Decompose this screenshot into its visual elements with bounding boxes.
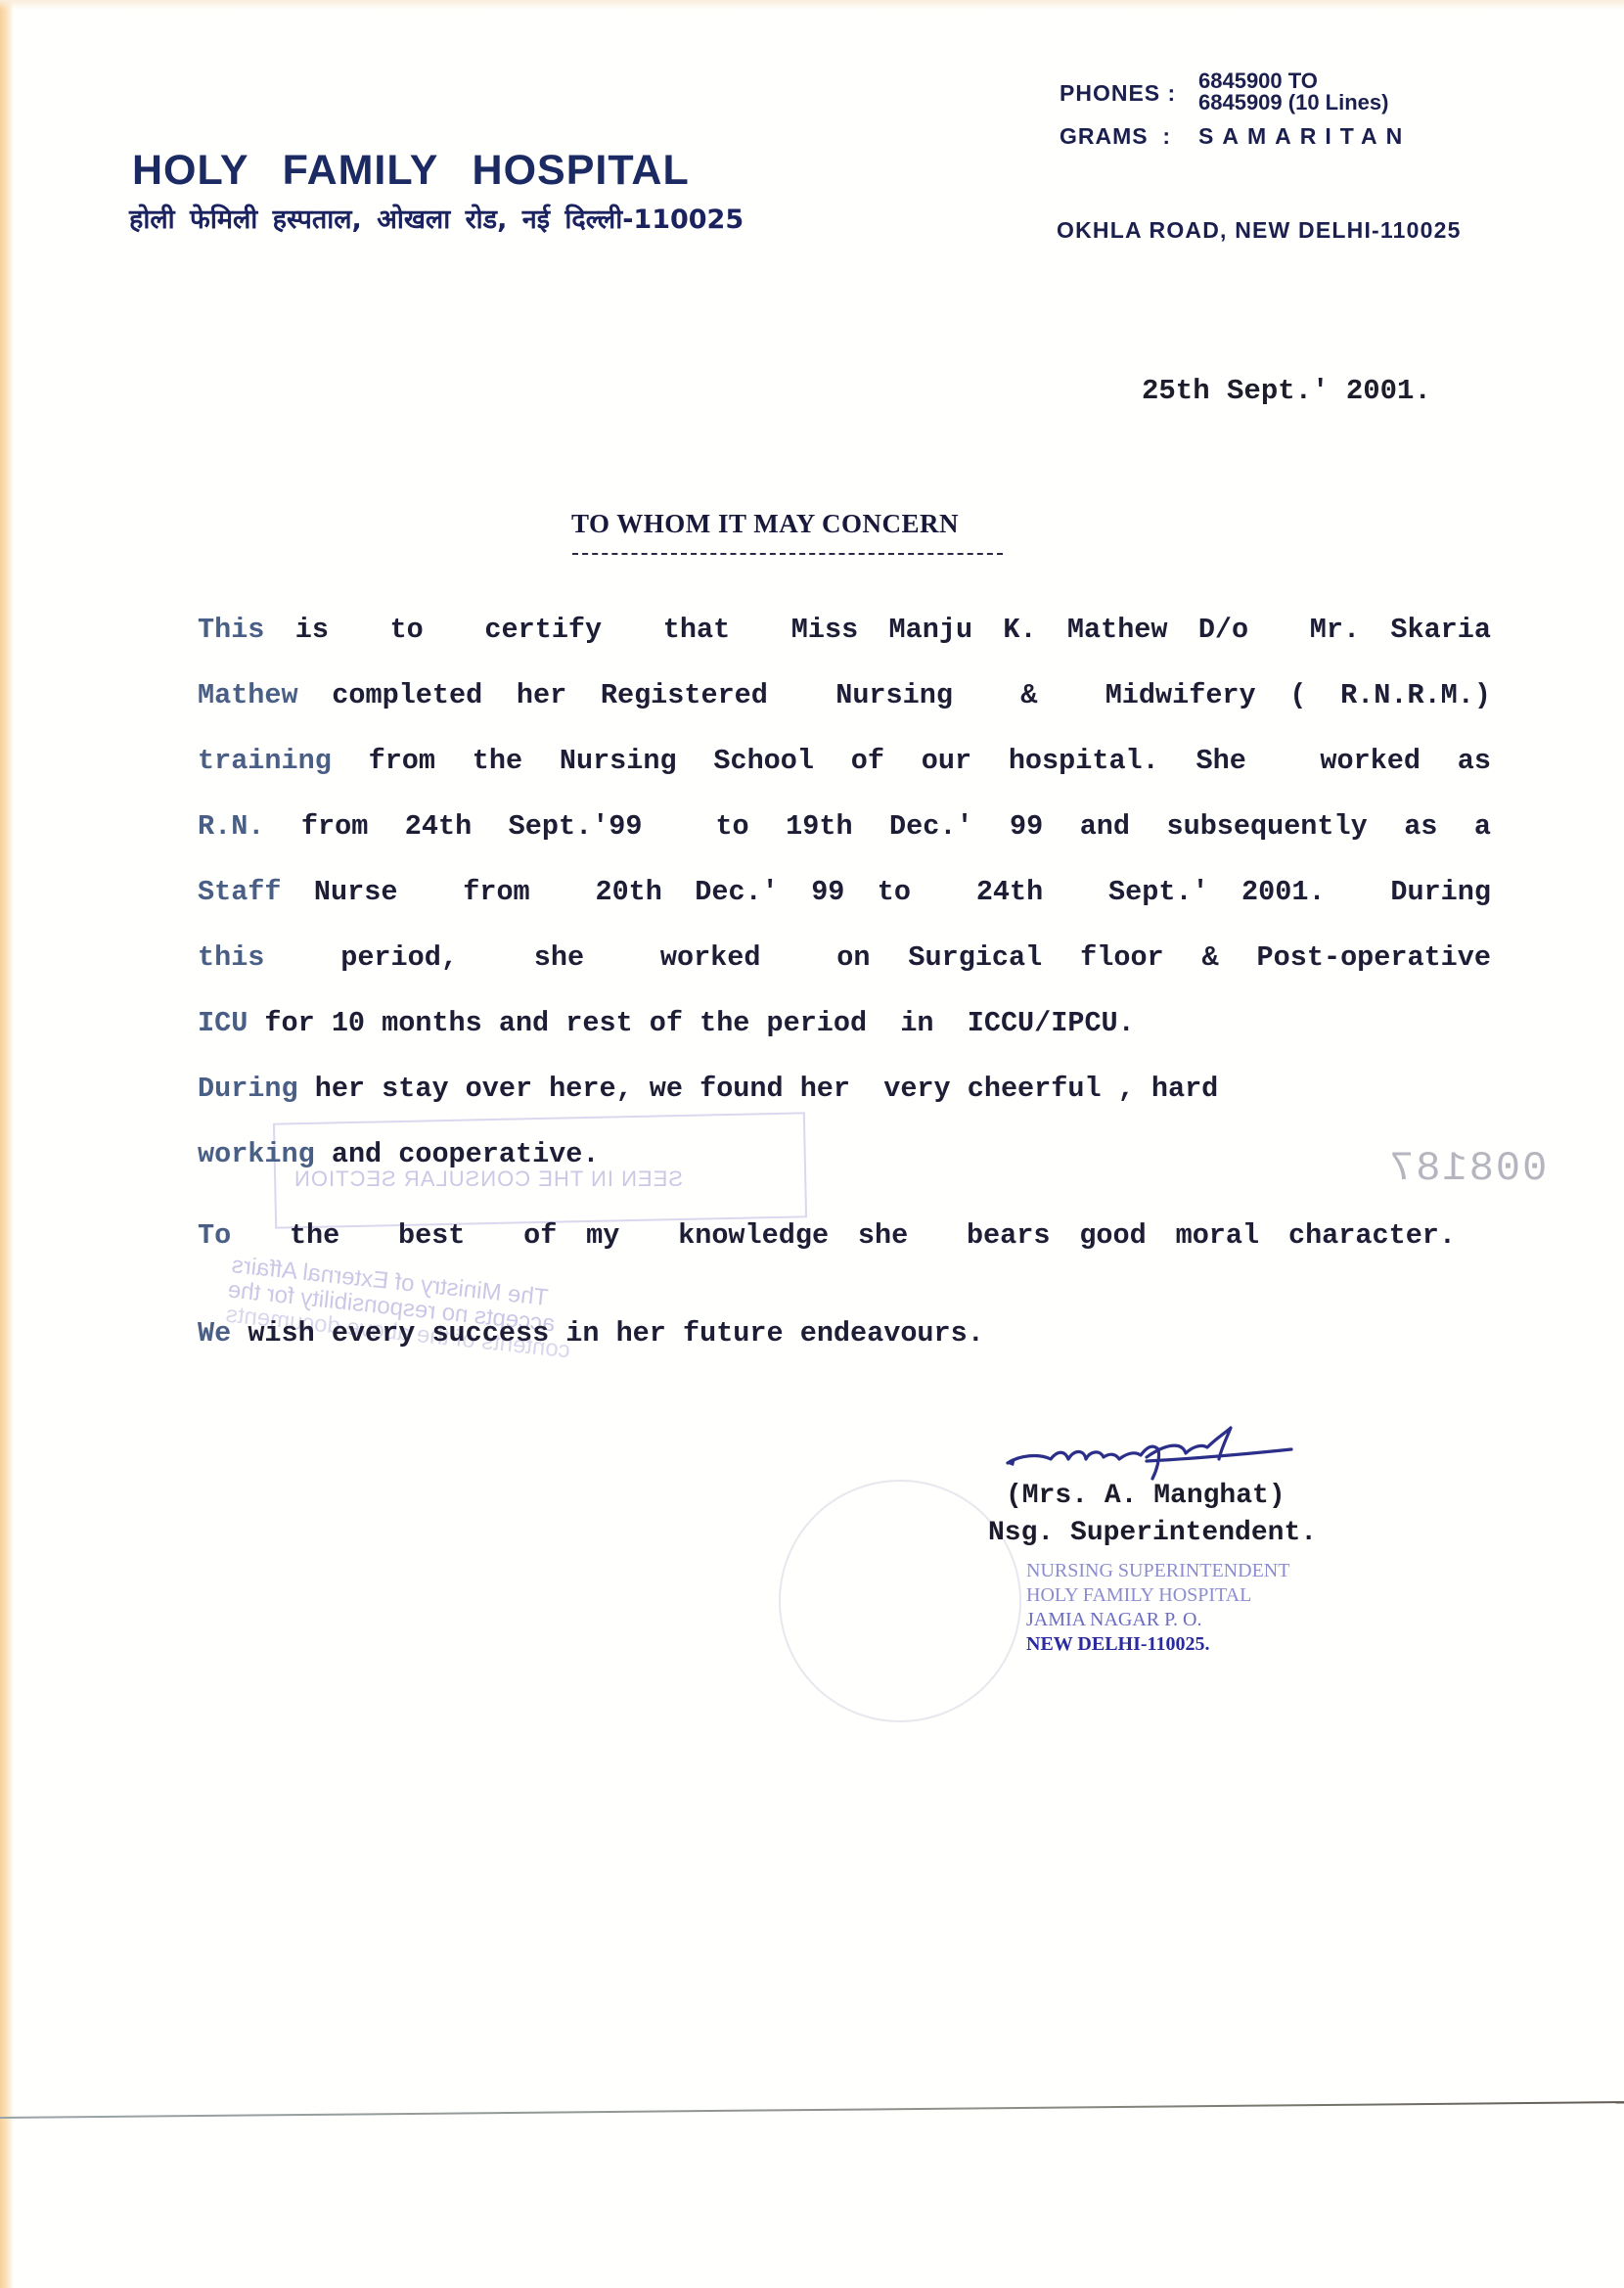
body-line-text: from the Nursing School of our hospital.…: [332, 745, 1491, 777]
stamp-line-4: NEW DELHI-110025.: [1026, 1632, 1289, 1657]
closing-text: the best of my knowledge she bears good …: [231, 1219, 1456, 1252]
paper-edge-top: [0, 0, 1624, 10]
body-line-first-word: Staff: [198, 876, 282, 908]
hospital-name-hindi: होली फेमिली हस्पताल, ओखला रोड, नई दिल्ली…: [129, 200, 744, 236]
phones-line-2: 6845909 (10 Lines): [1198, 92, 1388, 114]
body-line-text: for 10 months and rest of the period in …: [248, 1007, 1134, 1039]
body-line: R.N. from 24th Sept.'99 to 19th Dec.' 99…: [198, 794, 1491, 859]
stamp-line-2: HOLY FAMILY HOSPITAL: [1026, 1583, 1289, 1608]
contact-block: PHONES : 6845900 TO 6845909 (10 Lines) G…: [1060, 70, 1411, 150]
character-statement: To the best of my knowledge she bears go…: [198, 1219, 1456, 1252]
closing-text: wish every success in her future endeavo…: [231, 1317, 984, 1350]
body-line-text: Nurse from 20th Dec.' 99 to 24th Sept.' …: [282, 876, 1491, 908]
body-line: During her stay over here, we found her …: [198, 1056, 1491, 1121]
round-seal-bleedthrough: [779, 1480, 1021, 1722]
grams-value: SAMARITAN: [1198, 123, 1411, 150]
body-line-first-word: this: [198, 941, 264, 974]
closing-first-word: To: [198, 1219, 231, 1252]
body-line-text: and cooperative.: [315, 1138, 600, 1170]
signatory-title: Nsg. Superintendent.: [988, 1518, 1317, 1548]
phones-row: PHONES : 6845900 TO 6845909 (10 Lines): [1060, 70, 1411, 114]
body-line-text: is to certify that Miss Manju K. Mathew …: [264, 614, 1491, 646]
body-line-first-word: working: [198, 1138, 315, 1170]
body-line-text: completed her Registered Nursing & Midwi…: [298, 679, 1491, 711]
body-line: this period, she worked on Surgical floo…: [198, 925, 1491, 990]
body-line: working and cooperative.: [198, 1121, 1491, 1187]
grams-row: GRAMS : SAMARITAN: [1060, 123, 1411, 150]
body-line: training from the Nursing School of our …: [198, 728, 1491, 794]
body-line-first-word: This: [198, 614, 264, 646]
hospital-address: OKHLA ROAD, NEW DELHI-110025: [1057, 217, 1462, 244]
stamp-line-3: JAMIA NAGAR P. O.: [1026, 1608, 1289, 1632]
official-stamp: NURSING SUPERINTENDENT HOLY FAMILY HOSPI…: [1026, 1559, 1289, 1657]
handwritten-signature: [1000, 1414, 1303, 1483]
body-line: Staff Nurse from 20th Dec.' 99 to 24th S…: [198, 859, 1491, 925]
body-line-first-word: ICU: [198, 1007, 248, 1039]
body-line: ICU for 10 months and rest of the period…: [198, 990, 1491, 1056]
stamp-line-1: NURSING SUPERINTENDENT: [1026, 1559, 1289, 1583]
body-line: Mathew completed her Registered Nursing …: [198, 663, 1491, 728]
grams-label: GRAMS :: [1060, 123, 1198, 150]
body-line-first-word: training: [198, 745, 332, 777]
well-wishes: We wish every success in her future ende…: [198, 1317, 984, 1350]
body-line-first-word: Mathew: [198, 679, 298, 711]
body-line-text: period, she worked on Surgical floor & P…: [264, 941, 1491, 974]
hospital-name: HOLY FAMILY HOSPITAL: [132, 147, 690, 195]
paper-crease-line: [0, 2101, 1624, 2119]
body-line-first-word: During: [198, 1073, 298, 1105]
phones-label: PHONES :: [1060, 70, 1198, 107]
body-line-text: from 24th Sept.'99 to 19th Dec.' 99 and …: [264, 810, 1491, 843]
phones-values: 6845900 TO 6845909 (10 Lines): [1198, 70, 1388, 114]
closing-first-word: We: [198, 1317, 231, 1350]
subject-underline: [572, 553, 1003, 555]
phones-line-1: 6845900 TO: [1198, 70, 1388, 92]
signatory-name: (Mrs. A. Manghat): [1006, 1481, 1286, 1511]
body-line: This is to certify that Miss Manju K. Ma…: [198, 597, 1491, 663]
letter-date: 25th Sept.' 2001.: [1142, 375, 1431, 407]
body-line-first-word: R.N.: [198, 810, 264, 843]
paper-edge-left: [0, 0, 14, 2288]
letter-subject: TO WHOM IT MAY CONCERN: [571, 509, 959, 539]
body-line-text: her stay over here, we found her very ch…: [298, 1073, 1219, 1105]
certificate-body: This is to certify that Miss Manju K. Ma…: [198, 597, 1491, 1187]
